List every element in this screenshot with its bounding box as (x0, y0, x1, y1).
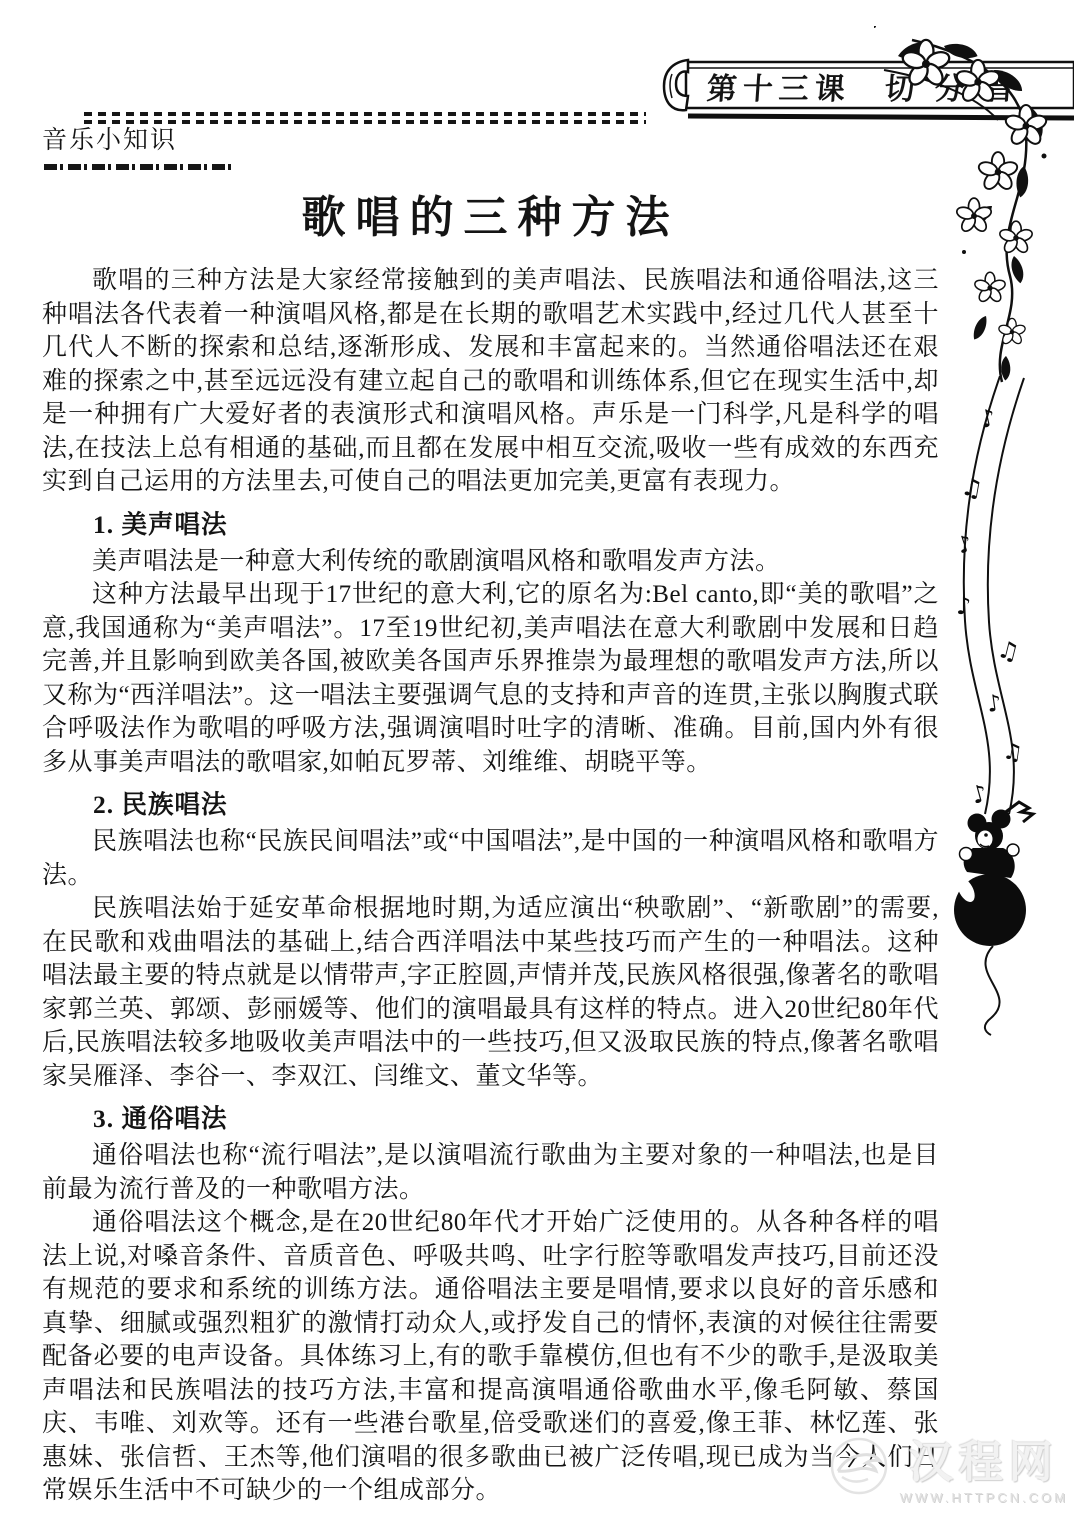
lesson-number: 第十三课 (705, 64, 852, 108)
article-title: 歌唱的三种方法 (42, 192, 939, 244)
watermark: 汉程网 WWW.HTTPCN.COM (828, 1426, 1068, 1505)
beamed-notes-icon: ♫ (995, 635, 1023, 667)
beamed-notes-icon: ♫ (959, 472, 985, 503)
watermark-brand: 汉程网 (909, 1426, 1059, 1490)
mouse-balloon-icon (933, 792, 1073, 1037)
section-label: 音乐小知识 (42, 126, 939, 156)
eighth-note-icon: ♪ (954, 530, 976, 559)
eighth-note-icon: ♪ (956, 592, 971, 620)
section-heading-folk: 2. 民族唱法 (42, 788, 939, 822)
watermark-logo-icon (828, 1435, 890, 1497)
body-paragraph: 这种方法最早出现于17世纪的意大利,它的原名为:Bel canto,即“美的歌唱… (42, 578, 939, 779)
section-label-underline (44, 164, 236, 170)
intro-paragraph: 歌唱的三种方法是大家经常接触到的美声唱法、民族唱法和通俗唱法,这三种唱法各代表着… (42, 264, 939, 499)
body-paragraph: 通俗唱法这个概念,是在20世纪80年代才开始广泛使用的。从各种各样的唱法上说,对… (42, 1206, 939, 1508)
watermark-url: WWW.HTTPCN.COM (900, 1490, 1068, 1505)
eighth-note-icon: ♪ (977, 403, 998, 434)
section-heading-belcanto: 1. 美声唱法 (42, 508, 939, 542)
body-paragraph: 美声唱法是一种意大利传统的歌剧演唱风格和歌唱发声方法。 (42, 545, 939, 579)
body-paragraph: 民族唱法也称“民族民间唱法”或“中国唱法”,是中国的一种演唱风格和歌唱方法。 (42, 825, 939, 892)
body-paragraph: 民族唱法始于延安革命根据地时期,为适应演出“秧歌剧”、“新歌剧”的需要,在民歌和… (42, 892, 939, 1093)
music-ribbon-icon: ♪ ♫ ♪ ♪ ♫ ♪ ♫ ♪ (930, 376, 1074, 816)
beamed-notes-icon: ♫ (1001, 739, 1024, 767)
scanned-textbook-page: 第十三课 切分音 (0, 0, 1074, 1513)
body-paragraph: 通俗唱法也称“流行唱法”,是以演唱流行歌曲为主要对象的一种唱法,也是目前最为流行… (42, 1139, 939, 1206)
section-heading-pop: 3. 通俗唱法 (42, 1102, 939, 1136)
article-content: 音乐小知识 歌唱的三种方法 歌唱的三种方法是大家经常接触到的美声唱法、民族唱法和… (42, 126, 939, 1508)
top-dashed-rule (84, 112, 646, 125)
